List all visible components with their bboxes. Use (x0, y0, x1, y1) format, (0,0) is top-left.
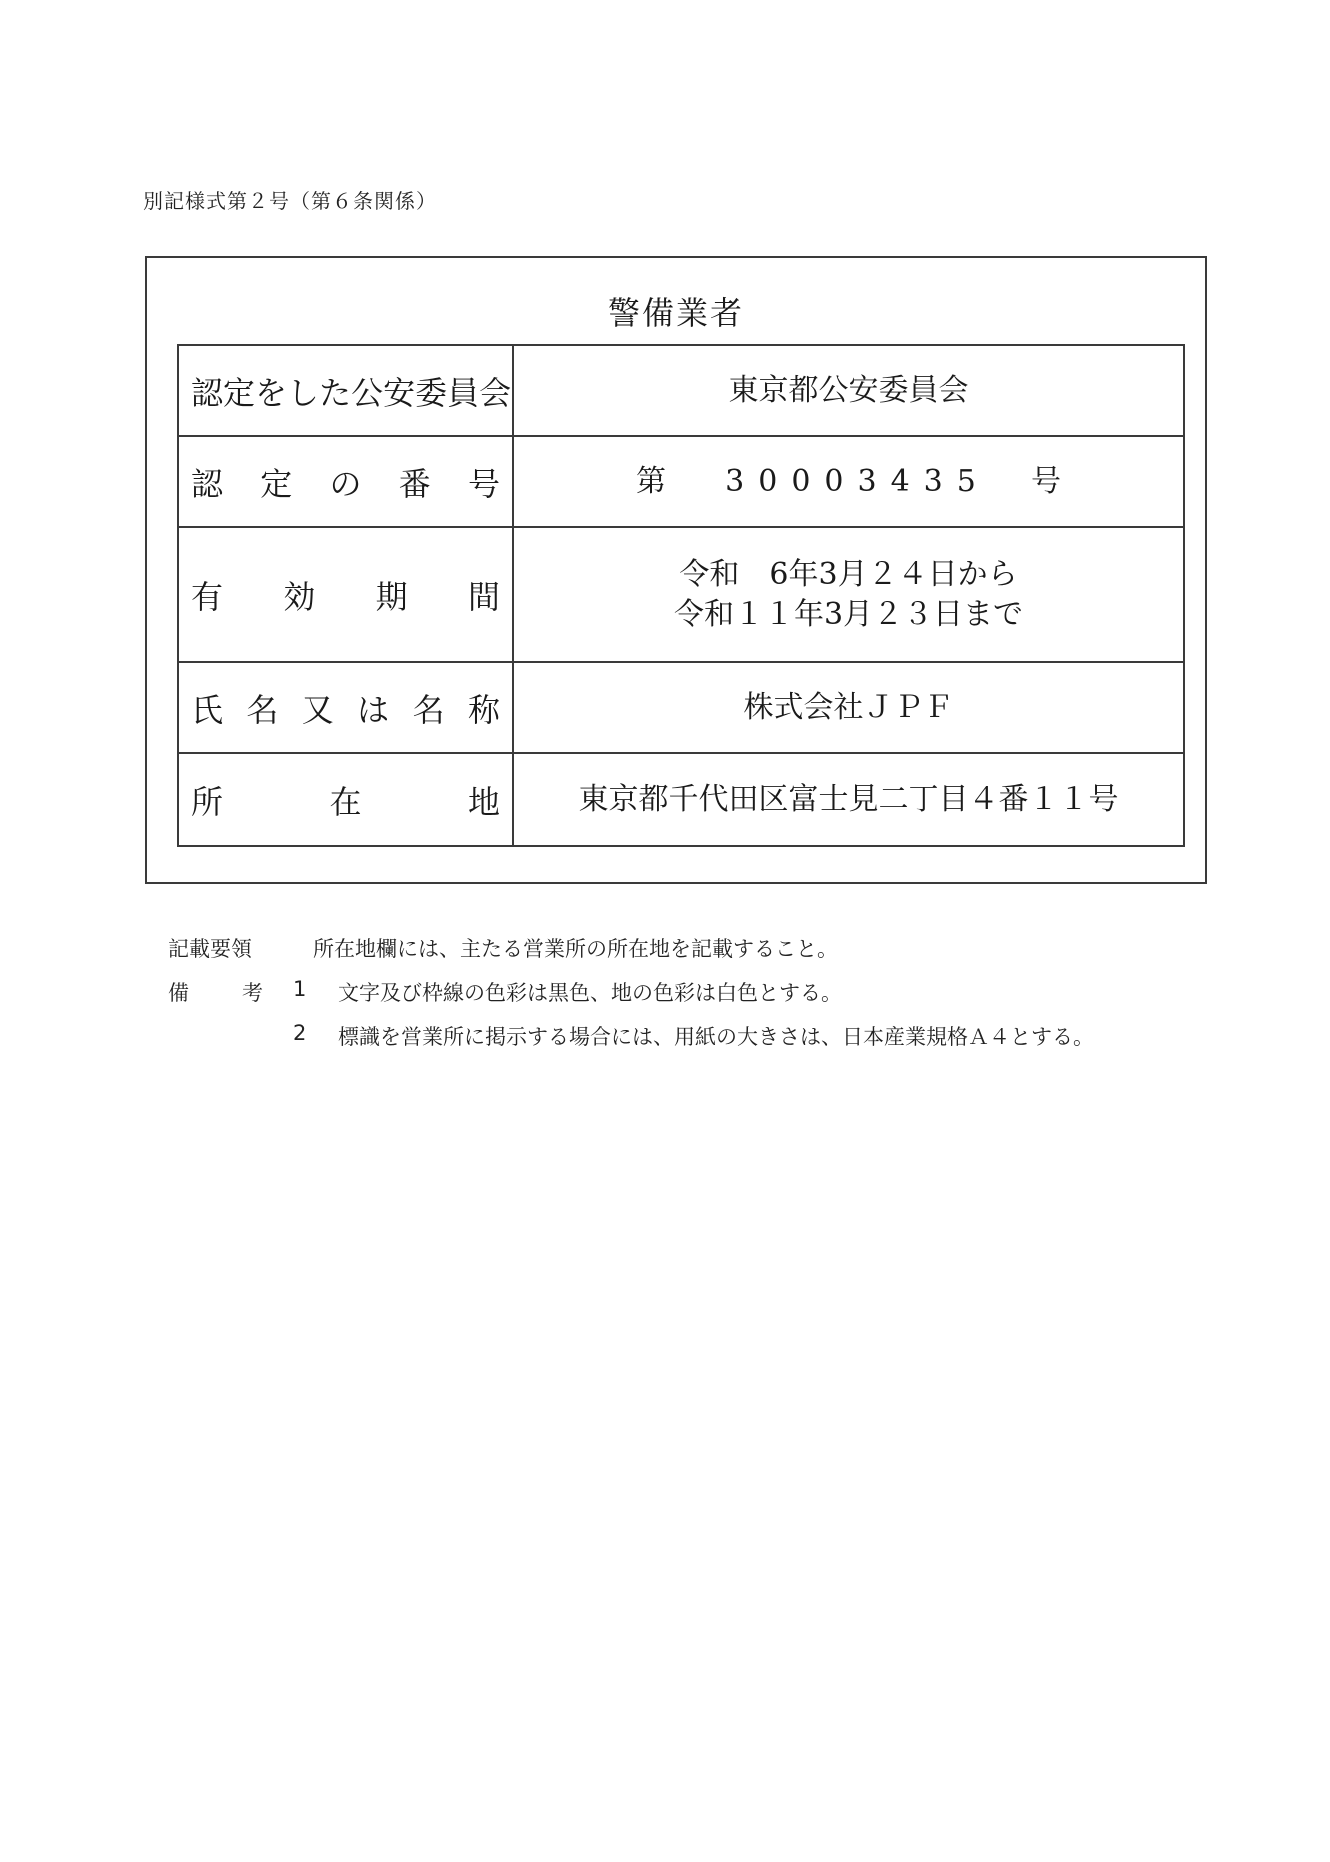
label-validity-period: 有 効 期 間 (178, 527, 513, 662)
cert-number-suffix: 号 (1031, 464, 1061, 499)
remark-1-text: 文字及び枠線の色彩は黒色、地の色彩は白色とする。 (338, 977, 842, 1007)
value-certification-number: 第 30003435 号 (513, 436, 1184, 527)
label-certification-number: 認 定 の 番 号 (178, 436, 513, 527)
sign-title: 警備業者 (147, 288, 1205, 334)
value-validity-period: 令和 6年3月２４日から 令和１１年3月２３日まで (513, 527, 1184, 662)
table-row-commission: 認 定 を し た 公 安 委 員 会 東京都公安委員会 (178, 345, 1184, 436)
remarks-heading-char-2: 考 (242, 977, 263, 1007)
remark-2-text: 標識を営業所に掲示する場合には、用紙の大きさは、日本産業規格Ａ４とする。 (338, 1021, 1094, 1051)
table-row-address: 所 在 地 東京都千代田区富士見二丁目４番１１号 (178, 753, 1184, 846)
value-company-name: 株式会社ＪＰＦ (513, 662, 1184, 753)
instructions-text: 所在地欄には、主たる営業所の所在地を記載すること。 (313, 933, 838, 963)
cert-number-prefix: 第 (636, 464, 666, 499)
form-number-label: 別記様式第２号（第６条関係） (143, 185, 437, 214)
value-certifying-commission: 東京都公安委員会 (513, 345, 1184, 436)
cert-number-digits: 30003435 (725, 464, 990, 499)
remark-2-number: 2 (293, 1021, 306, 1045)
value-address: 東京都千代田区富士見二丁目４番１１号 (513, 753, 1184, 846)
instructions-heading: 記載要領 (168, 933, 252, 963)
validity-end: 令和１１年3月２３日まで (514, 595, 1183, 635)
validity-start: 令和 6年3月２４日から (514, 555, 1183, 595)
sign-info-table: 認 定 を し た 公 安 委 員 会 東京都公安委員会 (177, 344, 1185, 847)
table-row-certification-number: 認 定 の 番 号 第 30003435 号 (178, 436, 1184, 527)
remark-1-number: 1 (293, 977, 306, 1001)
remarks-heading-char-1: 備 (168, 977, 189, 1007)
table-row-name: 氏 名 又 は 名 称 株式会社ＪＰＦ (178, 662, 1184, 753)
label-name: 氏 名 又 は 名 称 (178, 662, 513, 753)
label-certifying-commission: 認 定 を し た 公 安 委 員 会 (178, 345, 513, 436)
sign-outer-frame: 警備業者 認 定 を し た 公 安 委 員 (145, 256, 1207, 884)
label-address: 所 在 地 (178, 753, 513, 846)
table-row-validity-period: 有 効 期 間 令和 6年3月２４日から 令和１１年3月２３日まで (178, 527, 1184, 662)
